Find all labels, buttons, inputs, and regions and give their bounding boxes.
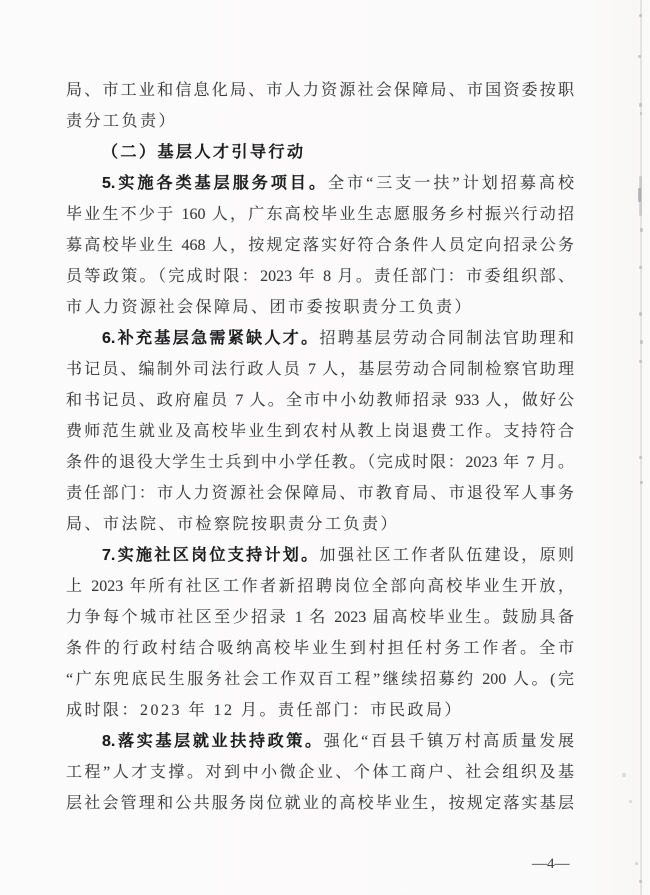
text-segment: 层社会管理和公共服务岗位就业的高校毕业生，按规定落实基层 bbox=[66, 795, 574, 812]
document-body: 局、市工业和信息化局、市人力资源社会保障局、市国资委按职责分工负责）（二）基层人… bbox=[66, 75, 574, 819]
text-segment: 费师范生就业及高校毕业生到农村从教上岗退费工作。支持符合 bbox=[66, 423, 574, 440]
text-segment: 力争每个城市社区至少招录 1 名 2023 届高校毕业生。鼓励具备 bbox=[66, 609, 574, 626]
text-line: 成时限：2023 年 12 月。责任部门：市民政局） bbox=[66, 695, 574, 726]
text-segment: 上 2023 年所有社区工作者新招聘岗位全部向高校毕业生开放， bbox=[66, 578, 574, 595]
text-segment: 和书记员、政府雇员 7 人。全市中小幼教师招录 933 人，做好公 bbox=[66, 392, 574, 409]
page-number: —4— bbox=[532, 856, 604, 873]
text-line: （二）基层人才引导行动 bbox=[66, 137, 574, 168]
text-segment: 条件的行政村结合吸纳高校毕业生到村担任村务工作者。全市 bbox=[66, 640, 574, 657]
text-segment: 责任部门：市人力资源社会保障局、市教育局、市退役军人事务 bbox=[66, 485, 574, 502]
text-segment: 成时限：2023 年 12 月。责任部门：市民政局） bbox=[66, 702, 463, 719]
text-line: “广东兜底民生服务社会工作双百工程”继续招募约 200 人。(完 bbox=[66, 664, 574, 695]
text-line: 上 2023 年所有社区工作者新招聘岗位全部向高校毕业生开放， bbox=[66, 571, 574, 602]
bold-heading-segment: 7.实施社区岗位支持计划。 bbox=[102, 547, 319, 564]
text-line: 费师范生就业及高校毕业生到农村从教上岗退费工作。支持符合 bbox=[66, 416, 574, 447]
text-segment: 条件的退役大学生士兵到中小学任教。（完成时限：2023 年 7 月。 bbox=[66, 454, 574, 471]
text-segment: 局、市法院、市检察院按职责分工负责） bbox=[66, 516, 399, 533]
bold-heading-segment: 5.实施各类基层服务项目。 bbox=[102, 175, 328, 192]
text-segment: 招聘基层劳动合同制法官助理和 bbox=[319, 330, 574, 347]
text-segment: 全市“三支一扶”计划招募高校 bbox=[328, 175, 574, 192]
text-segment: 局、市工业和信息化局、市人力资源社会保障局、市国资委按职 bbox=[66, 82, 574, 99]
text-line: 工程”人才支撑。对到中小微企业、个体工商户、社会组织及基 bbox=[66, 757, 574, 788]
text-line: 7.实施社区岗位支持计划。加强社区工作者队伍建设，原则 bbox=[66, 540, 574, 571]
text-line: 市人力资源社会保障局、团市委按职责分工负责） bbox=[66, 292, 574, 323]
text-line: 和书记员、政府雇员 7 人。全市中小幼教师招录 933 人，做好公 bbox=[66, 385, 574, 416]
text-line: 8.落实基层就业扶持政策。强化“百县千镇万村高质量发展 bbox=[66, 726, 574, 757]
text-segment: 书记员、编制外司法行政人员 7 人，基层劳动合同制检察官助理 bbox=[66, 361, 574, 378]
text-segment: 强化“百县千镇万村高质量发展 bbox=[324, 733, 574, 750]
text-segment: 加强社区工作者队伍建设，原则 bbox=[319, 547, 574, 564]
text-segment: “广东兜底民生服务社会工作双百工程”继续招募约 200 人。(完 bbox=[66, 671, 574, 688]
bold-heading-segment: 8.落实基层就业扶持政策。 bbox=[102, 733, 324, 750]
text-line: 书记员、编制外司法行政人员 7 人，基层劳动合同制检察官助理 bbox=[66, 354, 574, 385]
scan-edge-artifact bbox=[640, 0, 642, 895]
text-segment: 责分工负责） bbox=[66, 113, 177, 130]
text-segment: 毕业生不少于 160 人，广东高校毕业生志愿服务乡村振兴行动招 bbox=[66, 206, 574, 223]
text-segment: 募高校毕业生 468 人，按规定落实好符合条件人员定向招录公务 bbox=[66, 237, 574, 254]
text-line: 力争每个城市社区至少招录 1 名 2023 届高校毕业生。鼓励具备 bbox=[66, 602, 574, 633]
text-line: 毕业生不少于 160 人，广东高校毕业生志愿服务乡村振兴行动招 bbox=[66, 199, 574, 230]
text-line: 员等政策。（完成时限：2023 年 8 月。责任部门：市委组织部、 bbox=[66, 261, 574, 292]
text-line: 局、市工业和信息化局、市人力资源社会保障局、市国资委按职 bbox=[66, 75, 574, 106]
text-line: 责任部门：市人力资源社会保障局、市教育局、市退役军人事务 bbox=[66, 478, 574, 509]
text-line: 局、市法院、市检察院按职责分工负责） bbox=[66, 509, 574, 540]
text-segment: 市人力资源社会保障局、团市委按职责分工负责） bbox=[66, 299, 473, 316]
text-line: 5.实施各类基层服务项目。全市“三支一扶”计划招募高校 bbox=[66, 168, 574, 199]
text-line: 层社会管理和公共服务岗位就业的高校毕业生，按规定落实基层 bbox=[66, 788, 574, 819]
text-line: 责分工负责） bbox=[66, 106, 574, 137]
text-segment: 员等政策。（完成时限：2023 年 8 月。责任部门：市委组织部、 bbox=[66, 268, 574, 285]
bold-heading-segment: （二）基层人才引导行动 bbox=[102, 144, 306, 161]
text-line: 条件的退役大学生士兵到中小学任教。（完成时限：2023 年 7 月。 bbox=[66, 447, 574, 478]
scanned-document-page: 局、市工业和信息化局、市人力资源社会保障局、市国资委按职责分工负责）（二）基层人… bbox=[0, 0, 650, 895]
text-line: 6.补充基层急需紧缺人才。招聘基层劳动合同制法官助理和 bbox=[66, 323, 574, 354]
text-line: 募高校毕业生 468 人，按规定落实好符合条件人员定向招录公务 bbox=[66, 230, 574, 261]
bold-heading-segment: 6.补充基层急需紧缺人才。 bbox=[102, 330, 319, 347]
text-segment: 工程”人才支撑。对到中小微企业、个体工商户、社会组织及基 bbox=[66, 764, 574, 781]
text-line: 条件的行政村结合吸纳高校毕业生到村担任村务工作者。全市 bbox=[66, 633, 574, 664]
